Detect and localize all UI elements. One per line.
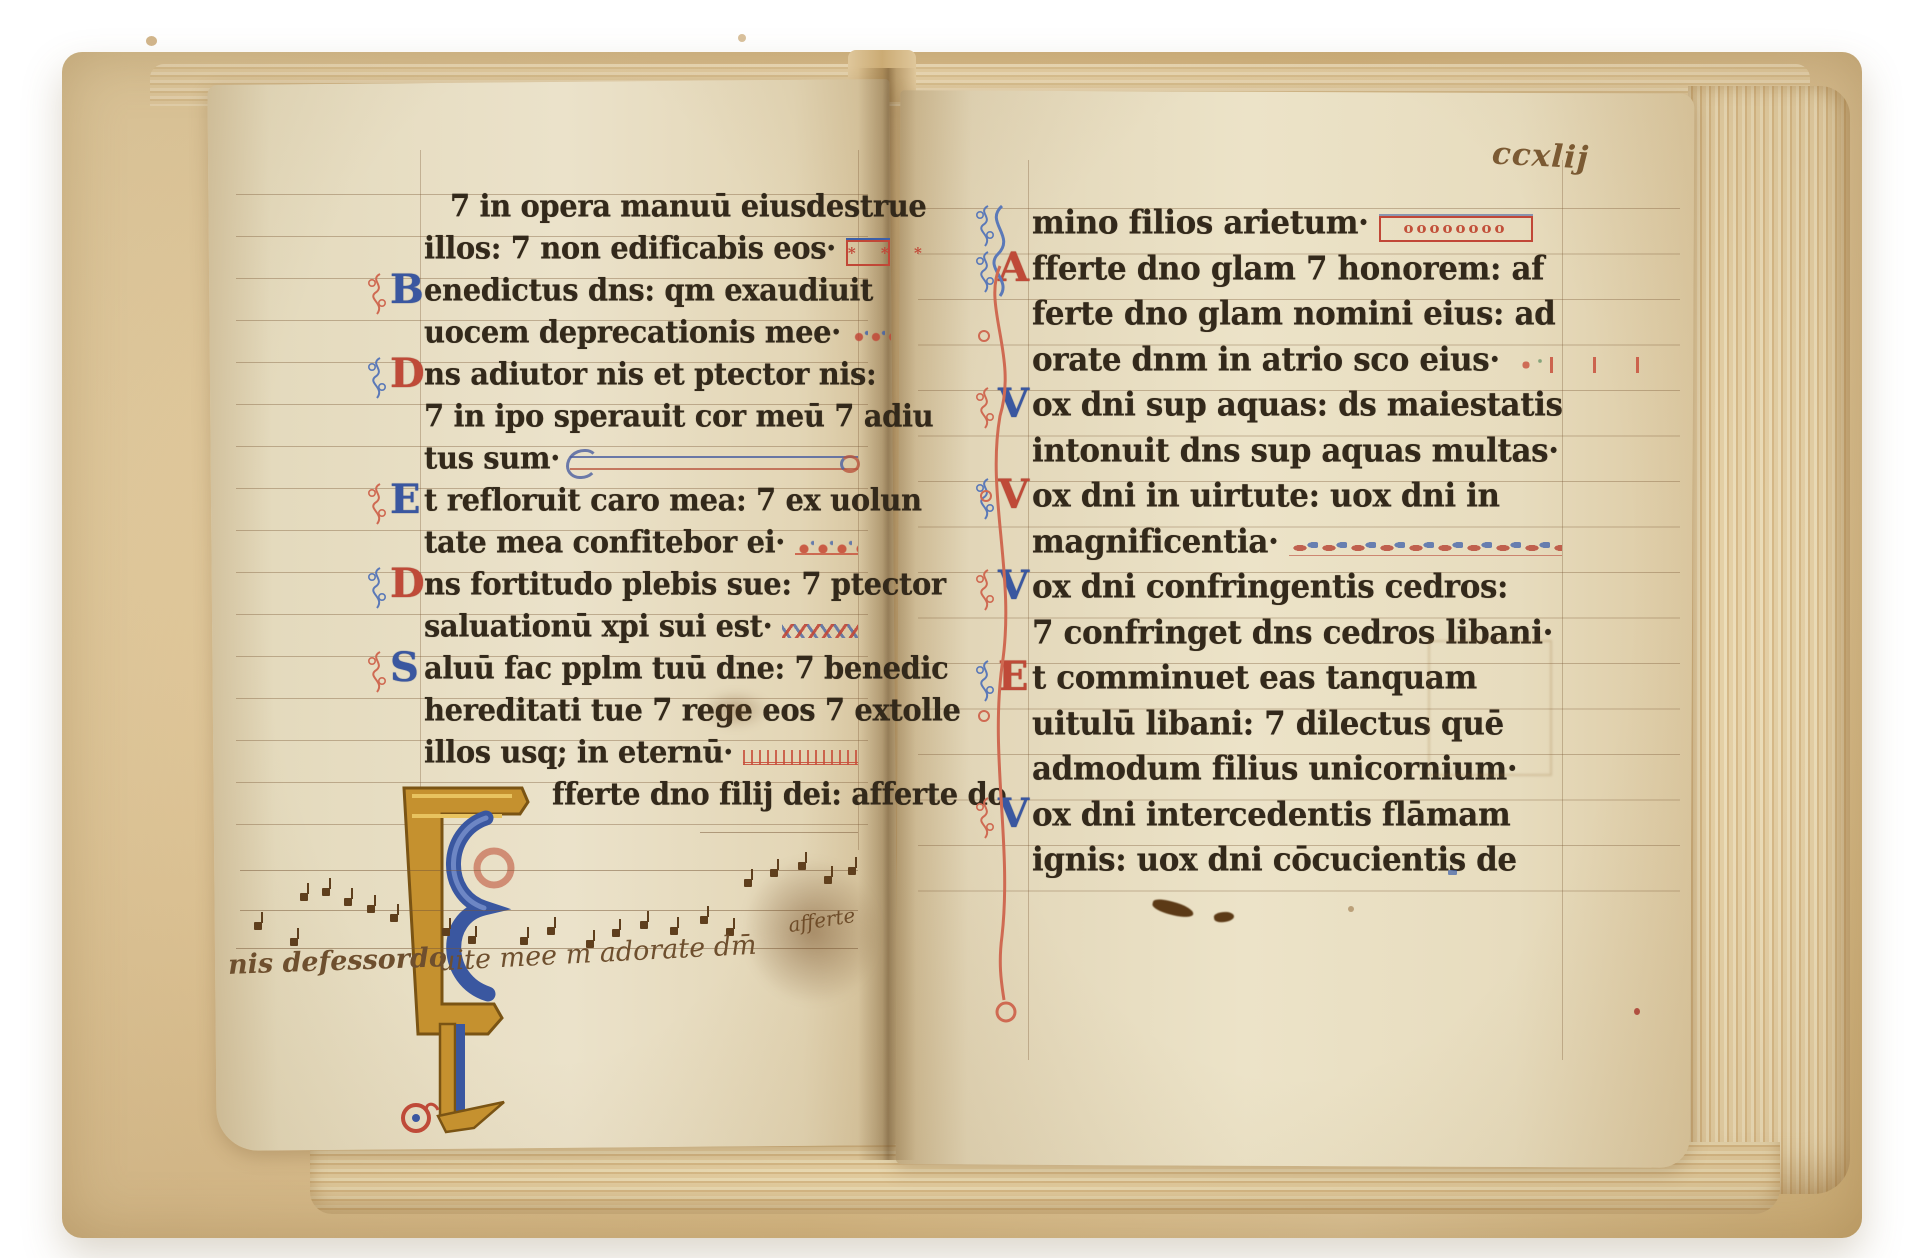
neume-note xyxy=(612,929,620,937)
manuscript-text-line: uocem deprecationis mee· xyxy=(424,316,858,358)
line-text: fferte dno glam 7 honorem: af xyxy=(1032,250,1544,288)
margin-penwork-descender xyxy=(972,196,1032,1036)
line-text: ox dni intercedentis flāmam xyxy=(1032,796,1510,834)
colored-initial: S xyxy=(390,648,422,688)
manuscript-text-line: mino filios arietum· oooooooo xyxy=(1032,206,1562,252)
line-filler-ornament xyxy=(1289,539,1562,556)
left-text-column: 7 in opera manuū eiusdestrue illos: 7 no… xyxy=(424,190,858,820)
neume-note xyxy=(390,914,398,922)
manuscript-text-line: V ox dni in uirtute: uox dni in xyxy=(1032,479,1562,525)
line-filler-ornament xyxy=(570,456,858,470)
line-text: illos usq; in eternū· xyxy=(424,734,733,770)
line-text: fferte dno filij dei: afferte do xyxy=(552,776,1006,812)
manuscript-text-line: B enedictus dns: qm exaudiuit xyxy=(424,274,858,316)
line-text: hereditati tue 7 rege eos 7 extolle xyxy=(424,692,961,728)
line-text: 7 in opera manuū eiusdestrue xyxy=(450,188,926,224)
neume-note xyxy=(547,927,555,935)
manuscript-text-line: hereditati tue 7 rege eos 7 extolle xyxy=(424,694,858,736)
line-text: orate dnm in atrio sco eius· xyxy=(1032,341,1500,379)
line-text: ox dni in uirtute: uox dni in xyxy=(1032,477,1500,515)
line-text: tus sum· xyxy=(424,440,560,476)
manuscript-text-line: D ns adiutor nis et ptector nis: xyxy=(424,358,858,400)
colored-initial: E xyxy=(390,480,422,520)
manuscript-text-line: 7 in opera manuū eiusdestrue xyxy=(424,190,858,232)
line-text: ox dni sup aquas: ds maiestatis xyxy=(1032,386,1563,424)
manuscript-text-line: V ox dni sup aquas: ds maiestatis xyxy=(1032,388,1562,434)
line-text: tate mea confitebor ei· xyxy=(424,524,785,560)
line-text: intonuit dns sup aquas multas· xyxy=(1032,432,1559,470)
right-text-right-rule xyxy=(1562,160,1563,1060)
manuscript-text-line: magnificentia· xyxy=(1032,525,1562,571)
neume-note xyxy=(300,893,308,901)
line-text: saluationū xpi sui est· xyxy=(424,608,772,644)
manuscript-text-line: illos usq; in eternū· xyxy=(424,736,858,778)
red-speck xyxy=(1634,1008,1640,1015)
manuscript-text-line: E t refloruit caro mea: 7 ex uolun xyxy=(424,484,858,526)
line-filler-ornament: oooooooo xyxy=(1379,216,1533,242)
penwork-flourish-icon xyxy=(366,482,388,526)
manuscript-text-line: tus sum· xyxy=(424,442,858,484)
line-text: mino filios arietum· xyxy=(1032,204,1369,242)
manuscript-text-line: orate dnm in atrio sco eius· xyxy=(1032,343,1562,389)
neume-note xyxy=(700,916,708,924)
manuscript-text-line: ferte dno glam nomini eius: ad xyxy=(1032,297,1562,343)
colored-initial: B xyxy=(390,270,422,310)
neume-note xyxy=(254,922,262,930)
line-filler-ornament: * * * xyxy=(846,240,890,266)
colored-initial: D xyxy=(390,354,422,394)
manuscript-text-line: 7 in ipo sperauit cor meū 7 adiu xyxy=(424,400,858,442)
manuscript-text-line: D ns fortitudo plebis sue: 7 ptector xyxy=(424,568,858,610)
line-text: ns fortitudo plebis sue: 7 ptector xyxy=(424,566,946,602)
manuscript-text-line: A fferte dno glam 7 honorem: af xyxy=(1032,252,1562,298)
penwork-flourish-icon xyxy=(366,272,388,316)
neume-note xyxy=(344,898,352,906)
cover-spot xyxy=(146,36,157,46)
page-spot xyxy=(1348,906,1354,912)
show-through-box xyxy=(1428,640,1552,776)
cover-spot xyxy=(738,34,746,42)
manuscript-text-line: V ox dni intercedentis flāmam xyxy=(1032,798,1562,844)
right-text-column: mino filios arietum· oooooooo A fferte d… xyxy=(1032,206,1562,889)
line-text: enedictus dns: qm exaudiuit xyxy=(424,272,873,308)
line-text: ox dni confringentis cedros: xyxy=(1032,568,1508,606)
line-filler-ornament xyxy=(782,624,858,638)
neume-note xyxy=(290,938,298,946)
line-filler-ornament xyxy=(795,539,858,555)
line-text: ignis: uox dni cōcucientis de xyxy=(1032,841,1517,879)
neume-note xyxy=(640,921,648,929)
line-text: uocem deprecationis mee· xyxy=(424,314,841,350)
neume-note xyxy=(468,936,476,944)
line-text: aluū fac pplm tuū dne: 7 benedic xyxy=(424,650,948,686)
manuscript-text-line: saluationū xpi sui est· xyxy=(424,610,858,652)
manuscript-photo: 7 in opera manuū eiusdestrue illos: 7 no… xyxy=(0,0,1920,1258)
manuscript-text-line: intonuit dns sup aquas multas· xyxy=(1032,434,1562,480)
line-text: ns adiutor nis et ptector nis: xyxy=(424,356,876,392)
line-text: 7 in ipo sperauit cor meū 7 adiu xyxy=(424,398,933,434)
manuscript-text-line: S aluū fac pplm tuū dne: 7 benedic xyxy=(424,652,858,694)
folio-number: ccxlij xyxy=(1491,135,1590,176)
line-text: magnificentia· xyxy=(1032,523,1279,561)
gutter-stain-small xyxy=(700,690,770,730)
penwork-flourish-icon xyxy=(366,650,388,694)
colored-initial: D xyxy=(390,564,422,604)
line-text: illos: 7 non edificabis eos· xyxy=(424,230,836,266)
line-text: t comminuet eas tanquam xyxy=(1032,659,1477,697)
neume-note xyxy=(367,905,375,913)
line-filler-ornament xyxy=(1510,357,1640,373)
staff-line xyxy=(240,870,858,871)
staff-line xyxy=(700,832,858,833)
penwork-flourish-icon xyxy=(366,566,388,610)
manuscript-text-line: tate mea confitebor ei· xyxy=(424,526,858,568)
line-filler-ornament xyxy=(851,329,891,345)
penwork-flourish-icon xyxy=(366,356,388,400)
neume-note xyxy=(442,928,450,936)
line-text: t refloruit caro mea: 7 ex uolun xyxy=(424,482,922,518)
line-filler-ornament xyxy=(743,750,858,765)
manuscript-text-line: illos: 7 non edificabis eos· * * * xyxy=(424,232,858,274)
neume-note xyxy=(744,879,752,887)
line-text: ferte dno glam nomini eius: ad xyxy=(1032,295,1555,333)
manuscript-text-line: V ox dni confringentis cedros: xyxy=(1032,570,1562,616)
blue-tick xyxy=(1448,870,1457,875)
neume-note xyxy=(322,888,330,896)
manuscript-text-line: ignis: uox dni cōcucientis de xyxy=(1032,843,1562,889)
